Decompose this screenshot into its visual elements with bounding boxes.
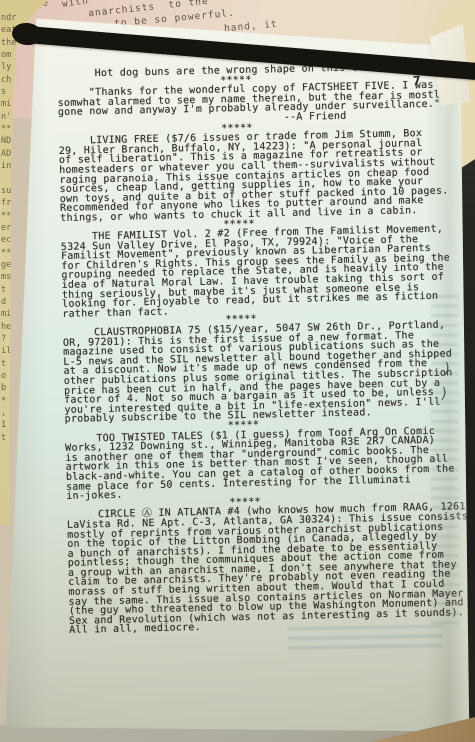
overleaf-fragment: with xyxy=(61,0,89,10)
section-living-free: LIVING FREE ($7/6 issues or trade from J… xyxy=(58,128,462,233)
section-the-familist: THE FAMILIST Vol. 2 #2 (Free from The Fa… xyxy=(61,224,465,329)
section-claustrophobia: CLAUSTROPHOBIA 75 ($15/year, 5047 SW 26t… xyxy=(63,320,467,434)
pen-mark: ) xyxy=(438,381,461,408)
typed-text-block: Hot dog buns are the wrong shape on this… xyxy=(57,61,471,636)
pen-marks: )) xyxy=(438,356,464,408)
pen-mark: ) xyxy=(441,356,464,383)
overleaf-left-strip-text: ndreattheomlychsmin'**NDADinsufr**erec**… xyxy=(1,12,16,444)
section-too-twisted-tales: TOO TWISTED TALES ($1 (I guess) from Too… xyxy=(65,426,469,512)
section-circle-a-in-atlanta: CIRCLE Ⓐ IN ATLANTA #4 (who knows how mu… xyxy=(67,502,472,635)
showthrough-ghost-right xyxy=(431,295,459,630)
zine-page: 7 Hot dog buns are the wrong shape on th… xyxy=(0,0,475,742)
photo-of-zine-page: to notewithanarchists to theto be so pow… xyxy=(0,0,475,742)
